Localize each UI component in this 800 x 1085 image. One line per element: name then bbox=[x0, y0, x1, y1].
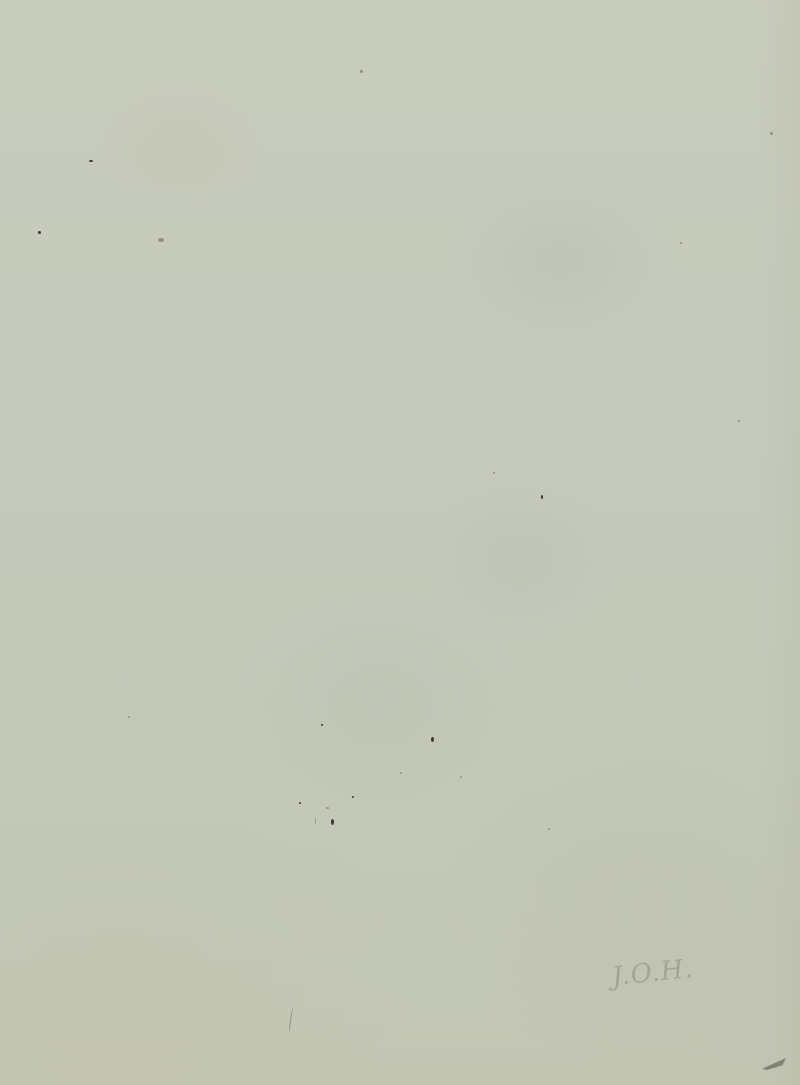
speck bbox=[360, 70, 363, 73]
speck bbox=[299, 802, 301, 804]
speck bbox=[321, 724, 323, 726]
speck bbox=[38, 231, 41, 234]
speck bbox=[158, 238, 164, 242]
speck bbox=[352, 796, 354, 798]
speck bbox=[738, 420, 740, 422]
speck bbox=[460, 776, 462, 778]
speck bbox=[331, 819, 334, 825]
speck bbox=[89, 160, 93, 162]
speck bbox=[770, 132, 773, 135]
speck bbox=[128, 716, 130, 718]
speck bbox=[541, 495, 543, 499]
speck bbox=[315, 818, 316, 824]
speck bbox=[680, 242, 682, 244]
handwritten-initials: J.O.H. bbox=[611, 954, 695, 992]
speck bbox=[548, 828, 550, 830]
speck bbox=[431, 737, 434, 742]
speck bbox=[493, 472, 495, 474]
speck bbox=[326, 807, 329, 809]
pencil-stroke bbox=[288, 1008, 295, 1032]
speck bbox=[400, 772, 402, 774]
corner-smudge bbox=[762, 1058, 786, 1070]
blank-paper-page: J.O.H. bbox=[0, 0, 800, 1085]
